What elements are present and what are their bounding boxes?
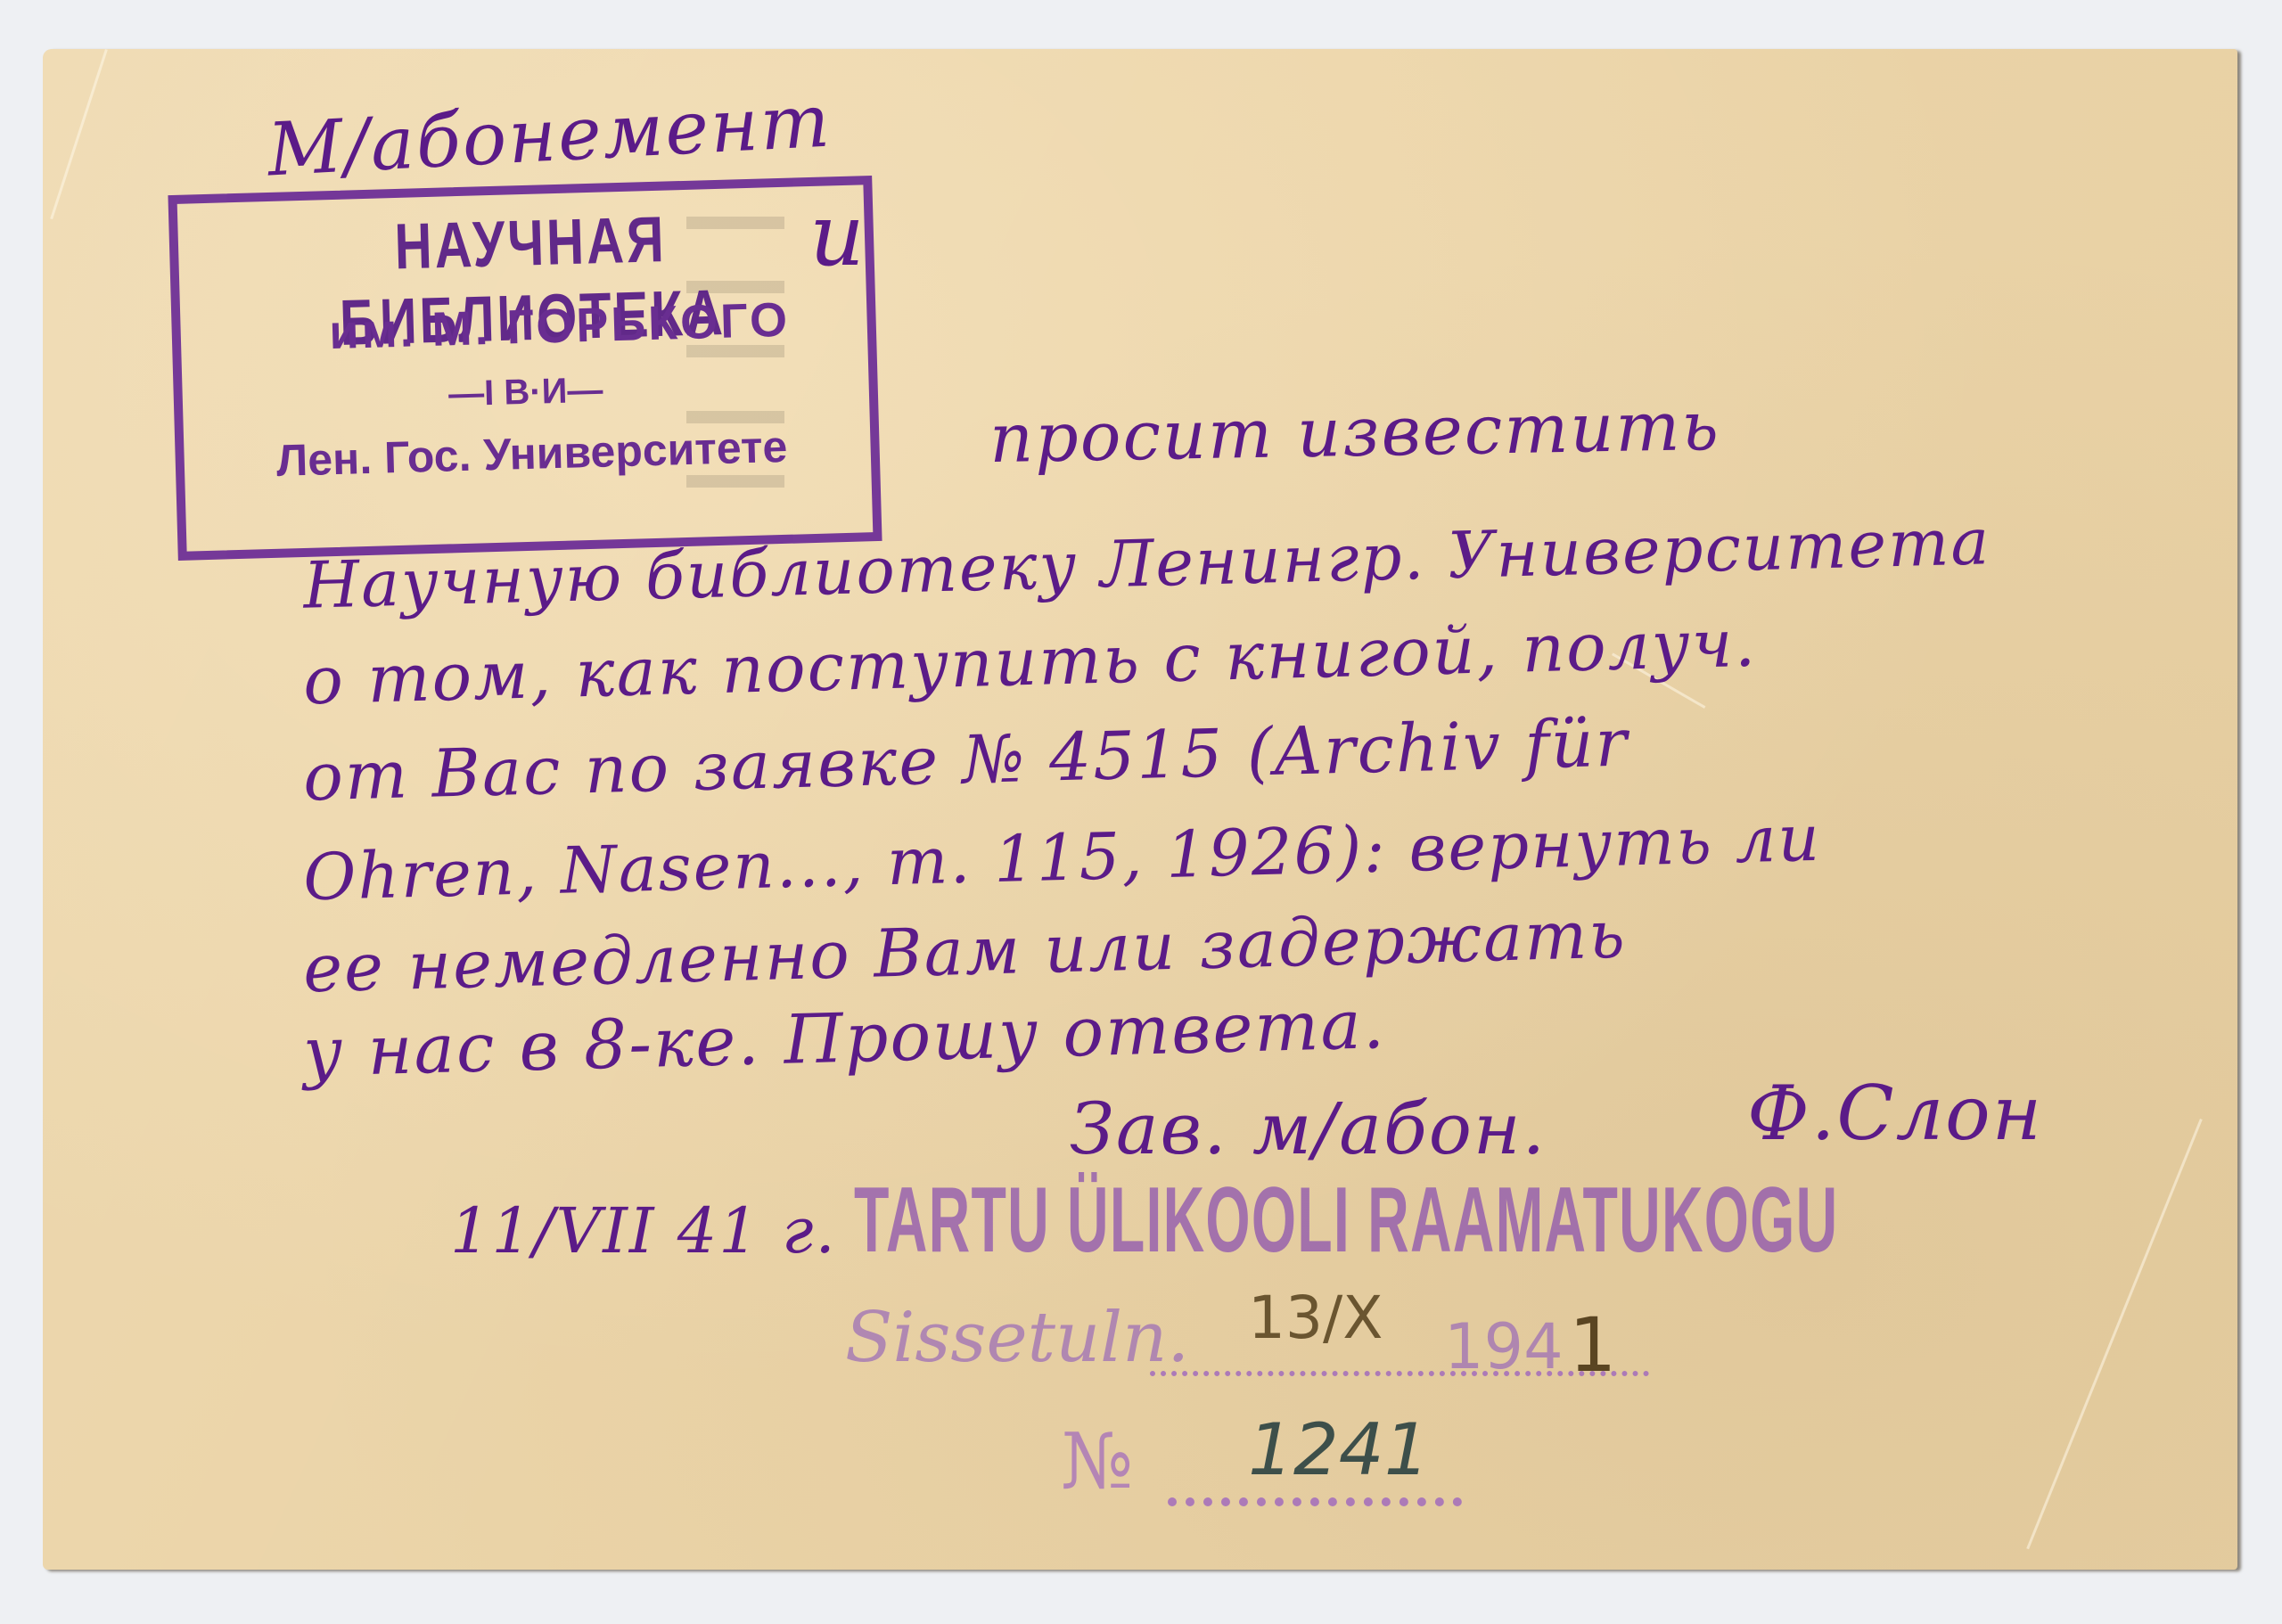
paper-crease: [2026, 1119, 2203, 1549]
accession-number: 1241: [1248, 1408, 1430, 1491]
letter-line-1: просит известить: [989, 386, 1720, 478]
paper-crease: [50, 49, 108, 219]
received-year-handwritten: 1: [1569, 1301, 1616, 1389]
signature: Ф.Слон: [1747, 1070, 2043, 1157]
library-stamp: НАУЧНАЯ БИБЛИОТЕКА им. М. ГОРЬКОГО —I В·…: [168, 176, 882, 561]
tartu-library-stamp: TARTU ÜLIKOOLI RAAMATUKOGU: [854, 1168, 1838, 1274]
received-label: Sissetuln.: [845, 1298, 1189, 1378]
received-date: 13/X: [1248, 1284, 1383, 1352]
stamp-line-university: Лен. Гос. Университете: [193, 418, 871, 488]
stamp-line-division: —I В·И—: [182, 363, 869, 422]
letter-date: 11/VII 41 г.: [450, 1194, 837, 1267]
received-year-printed: 194: [1444, 1310, 1564, 1383]
stamp-handwritten-suffix: и: [809, 185, 866, 285]
number-line: [1168, 1497, 1462, 1506]
signature-title: Зав. м/абон.: [1070, 1087, 1547, 1170]
number-sign: №: [1061, 1417, 1133, 1506]
